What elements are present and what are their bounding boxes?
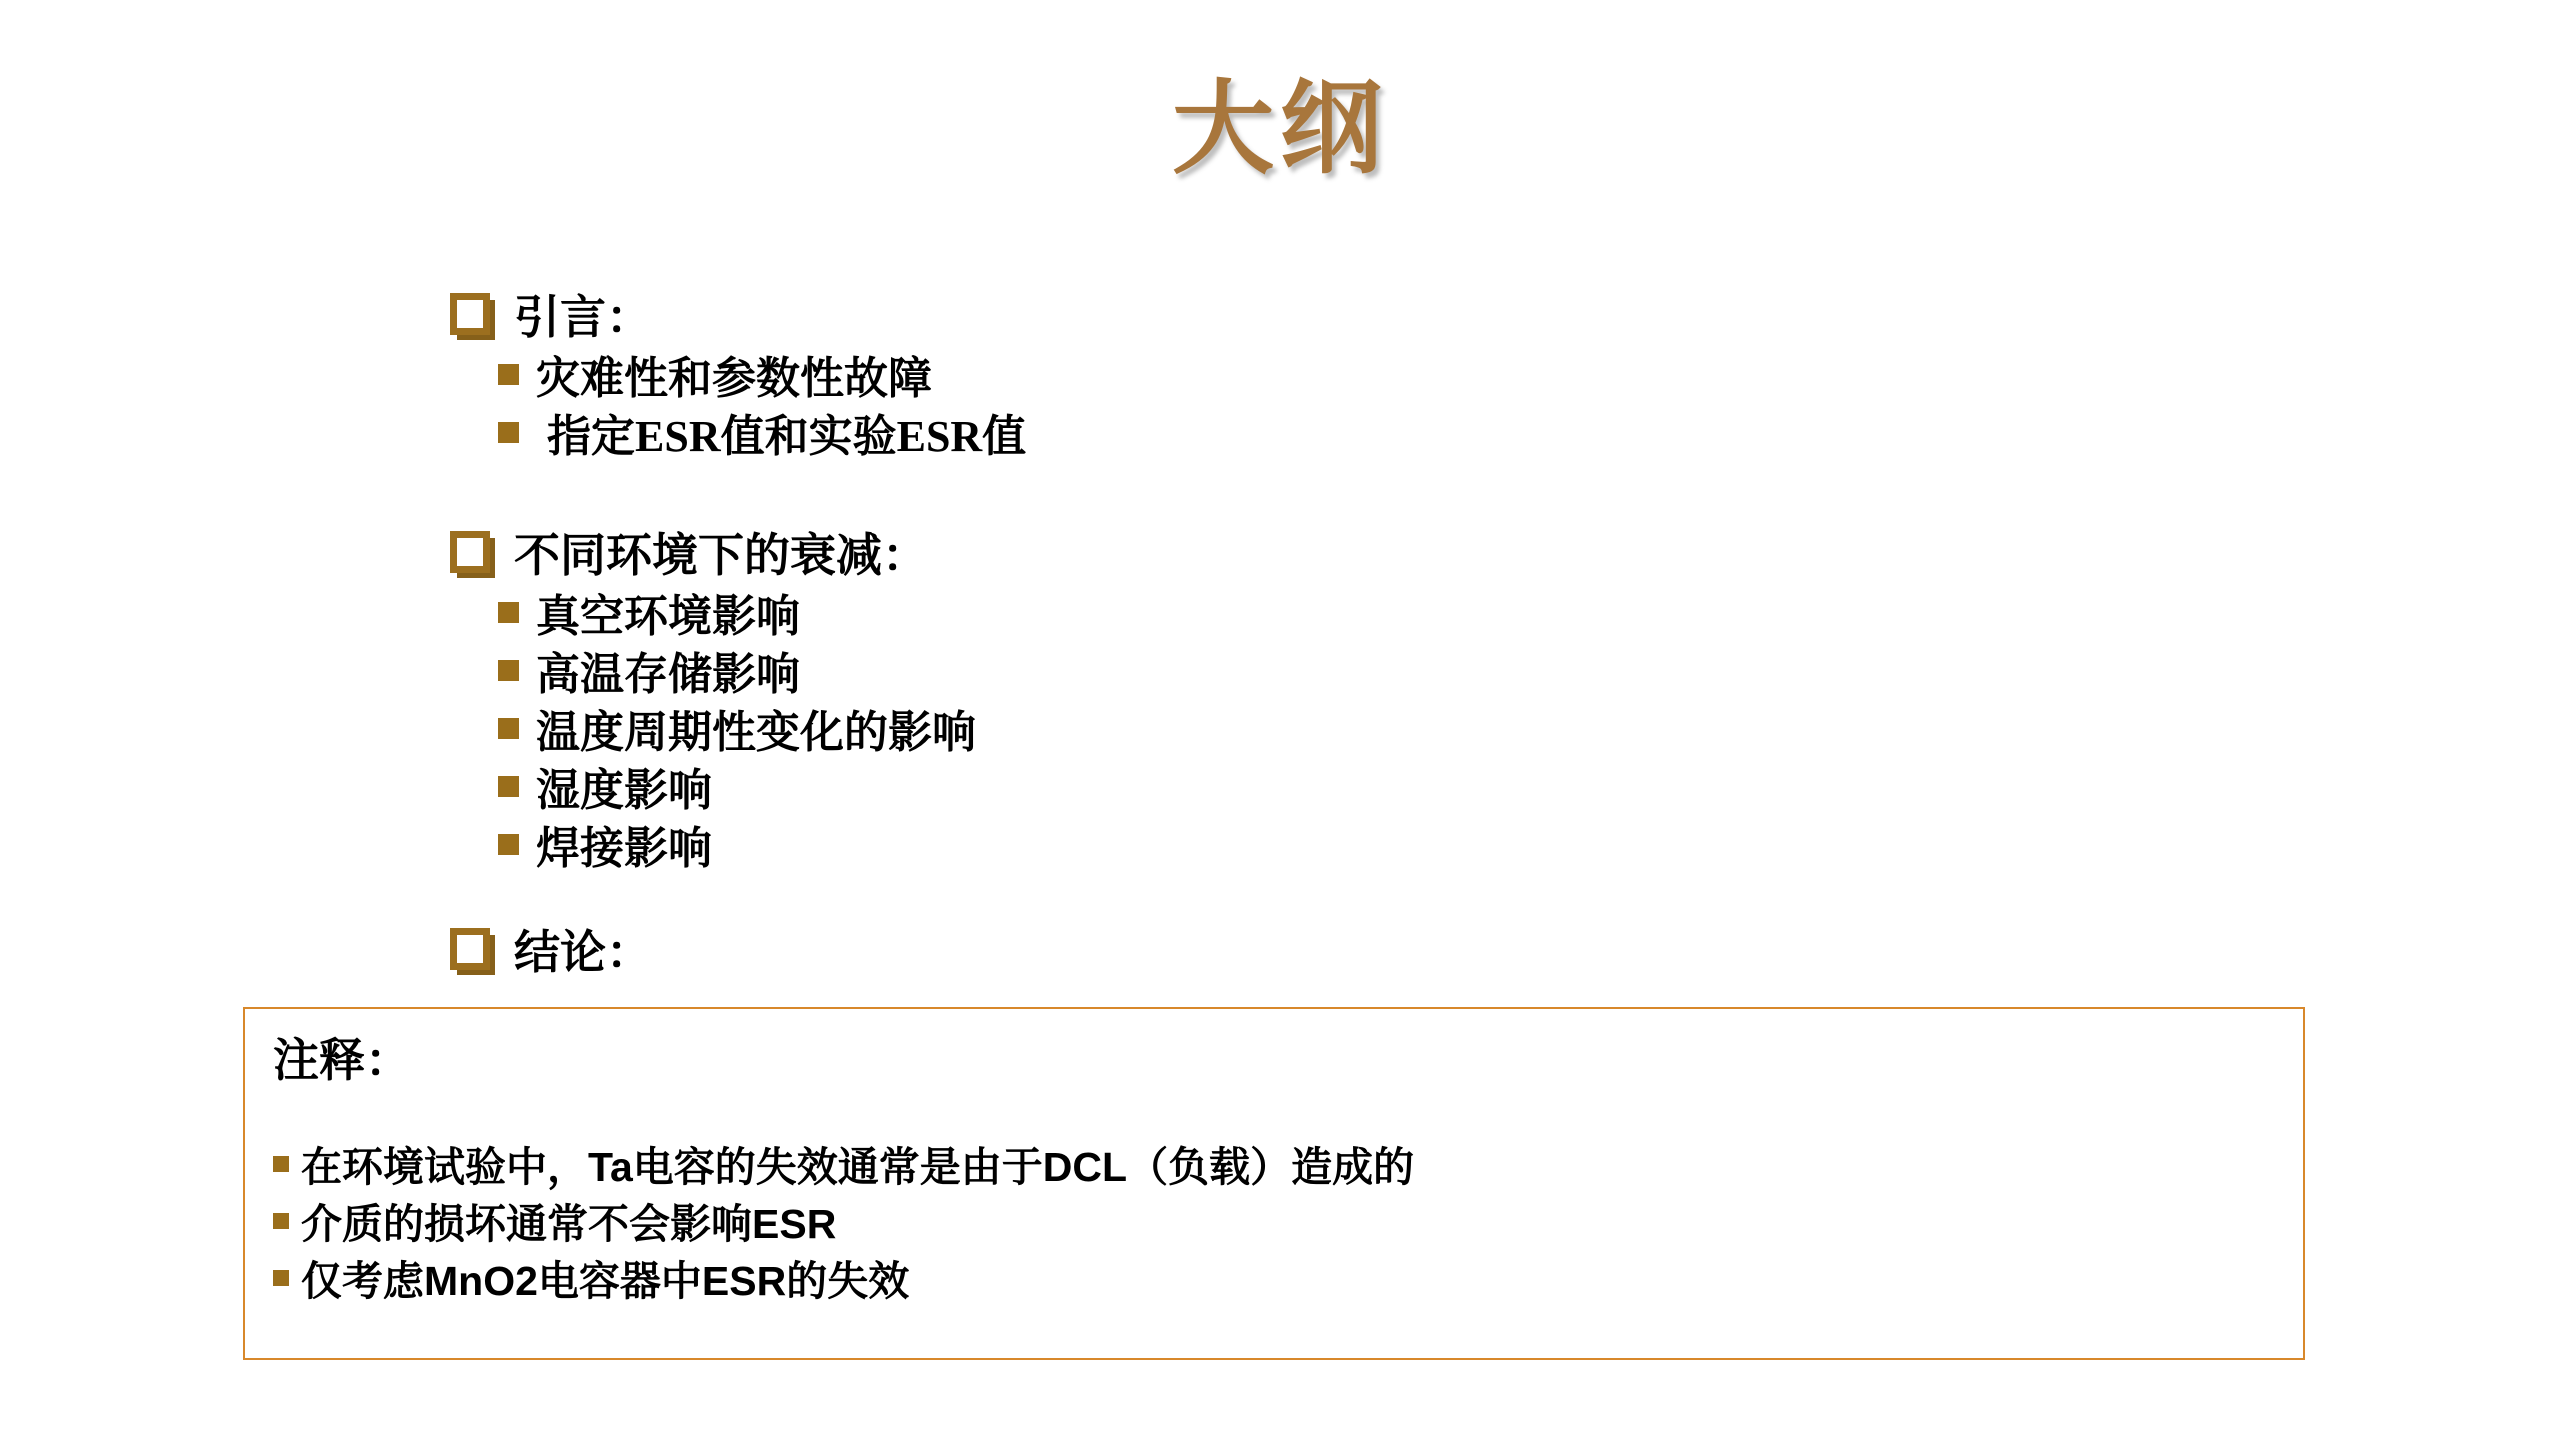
filled-square-bullet-icon <box>273 1270 289 1286</box>
note-item-label: 在环境试验中，Ta电容的失效通常是由于DCL（负载）造成的 <box>301 1134 1414 1193</box>
filled-square-bullet-icon <box>498 776 519 797</box>
notes-items: 在环境试验中，Ta电容的失效通常是由于DCL（负载）造成的 介质的损坏通常不会影… <box>273 1135 2275 1306</box>
outline-item: 高温存储影响 <box>498 641 976 699</box>
outline-heading-row: 引言： <box>450 283 1026 345</box>
notes-box: 注释： 在环境试验中，Ta电容的失效通常是由于DCL（负载）造成的 介质的损坏通… <box>243 1007 2305 1360</box>
slide: 大纲 引言： 灾难性和参数性故障 指定ESR值和实验ESR值 不同环境下的衰减：… <box>0 0 2560 1440</box>
outline-heading-label: 引言： <box>514 281 652 347</box>
outline-item: 湿度影响 <box>498 757 976 815</box>
outline-group-environments: 不同环境下的衰减： 真空环境影响 高温存储影响 温度周期性变化的影响 湿度影响 … <box>450 521 976 873</box>
hollow-square-bullet-icon <box>450 531 490 573</box>
outline-item-label: 指定ESR值和实验ESR值 <box>536 400 1026 464</box>
hollow-square-bullet-icon <box>450 928 490 970</box>
outline-item: 灾难性和参数性故障 <box>498 345 1026 403</box>
outline-item-label: 湿度影响 <box>536 754 712 818</box>
outline-heading-label: 不同环境下的衰减： <box>514 519 928 585</box>
page-title: 大纲 <box>0 48 2560 194</box>
outline-item-label: 灾难性和参数性故障 <box>536 342 932 406</box>
filled-square-bullet-icon <box>498 602 519 623</box>
outline-item-label: 真空环境影响 <box>536 580 800 644</box>
note-item-label: 介质的损坏通常不会影响ESR <box>301 1191 836 1250</box>
note-item: 介质的损坏通常不会影响ESR <box>273 1192 2275 1249</box>
outline-item: 真空环境影响 <box>498 583 976 641</box>
filled-square-bullet-icon <box>498 718 519 739</box>
note-item-label: 仅考虑MnO2电容器中ESR的失效 <box>301 1248 909 1307</box>
note-item: 仅考虑MnO2电容器中ESR的失效 <box>273 1249 2275 1306</box>
outline-heading-row: 不同环境下的衰减： <box>450 521 976 583</box>
notes-heading: 注释： <box>273 1031 2275 1091</box>
note-item: 在环境试验中，Ta电容的失效通常是由于DCL（负载）造成的 <box>273 1135 2275 1192</box>
filled-square-bullet-icon <box>498 834 519 855</box>
outline-item: 焊接影响 <box>498 815 976 873</box>
filled-square-bullet-icon <box>498 422 519 443</box>
outline-item: 指定ESR值和实验ESR值 <box>498 403 1026 461</box>
filled-square-bullet-icon <box>498 660 519 681</box>
filled-square-bullet-icon <box>273 1213 289 1229</box>
outline-group-conclusion: 结论： <box>450 918 652 980</box>
outline-item-label: 温度周期性变化的影响 <box>536 696 976 760</box>
filled-square-bullet-icon <box>273 1156 289 1172</box>
outline-item-label: 焊接影响 <box>536 812 712 876</box>
outline-item-label: 高温存储影响 <box>536 638 800 702</box>
filled-square-bullet-icon <box>498 364 519 385</box>
outline-heading-label: 结论： <box>514 916 652 982</box>
outline-heading-row: 结论： <box>450 918 652 980</box>
hollow-square-bullet-icon <box>450 293 490 335</box>
outline-group-introduction: 引言： 灾难性和参数性故障 指定ESR值和实验ESR值 <box>450 283 1026 461</box>
outline-item: 温度周期性变化的影响 <box>498 699 976 757</box>
